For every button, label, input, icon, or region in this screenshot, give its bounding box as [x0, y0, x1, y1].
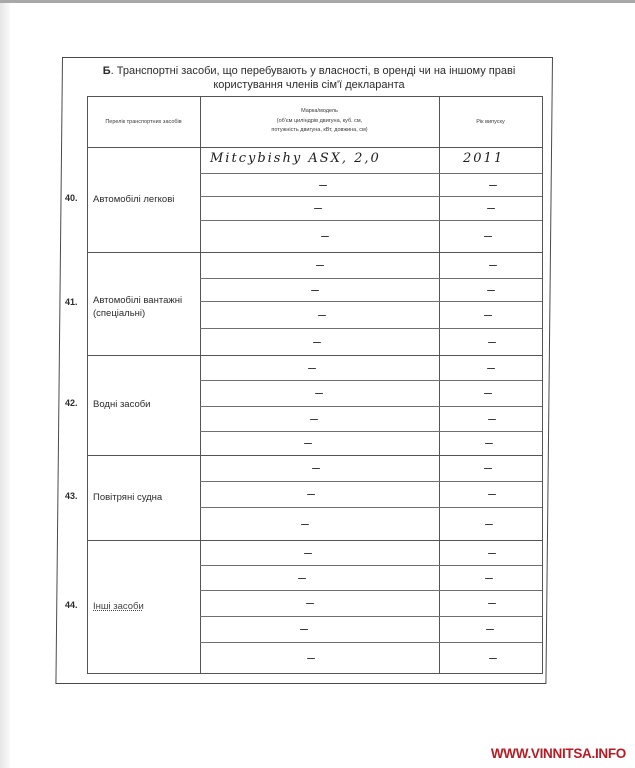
year-empty-dash — [488, 553, 496, 554]
header-make-model-detail-1: (об'єм циліндрів двигуна, куб. см, — [277, 117, 363, 127]
group-number: 44. — [65, 600, 78, 610]
header-vehicle-type: Перелік транспортних засобів — [87, 96, 200, 147]
table-rule — [200, 173, 542, 174]
header-year: Рік випуску — [439, 96, 542, 147]
model-empty-dash — [306, 603, 314, 604]
year-empty-dash — [484, 468, 492, 469]
model-empty-dash — [321, 236, 329, 237]
group-number: 40. — [65, 193, 78, 203]
header-make-model-title: Марка/модель — [301, 107, 338, 117]
table-column-rule — [439, 96, 440, 674]
year-empty-dash — [487, 368, 495, 369]
table-rule — [200, 642, 542, 643]
year-empty-dash — [489, 265, 497, 266]
scan-top-edge — [0, 0, 635, 3]
model-empty-dash — [307, 658, 315, 659]
model-empty-dash — [298, 578, 306, 579]
table-rule — [87, 147, 542, 148]
group-label: Повітряні судна — [93, 491, 198, 504]
year-empty-dash — [484, 393, 492, 394]
year-empty-dash — [488, 603, 496, 604]
group-number: 41. — [65, 297, 78, 307]
model-empty-dash — [318, 315, 326, 316]
model-empty-dash — [310, 419, 318, 420]
model-empty-dash — [311, 290, 319, 291]
group-number: 42. — [65, 398, 78, 408]
year-empty-dash — [489, 185, 497, 186]
table-rule — [200, 565, 542, 566]
year-empty-dash — [487, 290, 495, 291]
table-rule — [87, 252, 542, 253]
section-title-line2: користування членів сім'ї декларанта — [62, 78, 556, 92]
model-handwritten-entry: Mitcybishy ASX, 2,0 — [210, 151, 381, 166]
table-rule — [87, 673, 542, 674]
scan-left-shadow — [0, 0, 10, 768]
model-empty-dash — [307, 494, 315, 495]
table-rule — [200, 590, 542, 591]
group-label: Автомобілі легкові — [93, 193, 198, 206]
table-rule — [200, 406, 542, 407]
model-empty-dash — [304, 443, 312, 444]
year-empty-dash — [488, 494, 496, 495]
table-rule — [200, 481, 542, 482]
year-empty-dash — [485, 524, 493, 525]
section-letter: Б — [103, 65, 111, 77]
section-title-line1: Б. Транспортні засоби, що перебувають у … — [62, 64, 556, 78]
section-title-text: . Транспортні засоби, що перебувають у в… — [111, 65, 516, 77]
year-empty-dash — [487, 208, 495, 209]
group-label: Водні засоби — [93, 398, 198, 411]
table-rule — [200, 328, 542, 329]
table-rule — [87, 540, 542, 541]
table-rule — [87, 96, 542, 97]
table-column-rule — [542, 96, 543, 674]
group-label: Автомобілі вантажні (спеціальні) — [93, 294, 198, 320]
table-rule — [200, 196, 542, 197]
table-rule — [200, 431, 542, 432]
year-empty-dash — [486, 629, 494, 630]
model-empty-dash — [315, 393, 323, 394]
model-empty-dash — [313, 342, 321, 343]
header-make-model-detail-2: потужність двигуна, кВт, довжина, см) — [271, 126, 367, 136]
year-empty-dash — [485, 578, 493, 579]
table-rule — [200, 616, 542, 617]
table-rule — [200, 278, 542, 279]
table-rule — [87, 355, 542, 356]
year-empty-dash — [485, 443, 493, 444]
year-empty-dash — [489, 658, 497, 659]
year-empty-dash — [484, 236, 492, 237]
site-watermark: WWW.VINNITSA.INFO — [491, 746, 626, 761]
table-rule — [200, 507, 542, 508]
vehicles-table: Перелік транспортних засобів Марка/модел… — [87, 96, 542, 674]
model-empty-dash — [300, 629, 308, 630]
model-empty-dash — [319, 185, 327, 186]
model-empty-dash — [301, 524, 309, 525]
model-empty-dash — [304, 553, 312, 554]
year-empty-dash — [488, 419, 496, 420]
model-empty-dash — [316, 265, 324, 266]
model-empty-dash — [314, 208, 322, 209]
year-empty-dash — [484, 315, 492, 316]
year-empty-dash — [488, 342, 496, 343]
table-rule — [200, 220, 542, 221]
table-rule — [87, 455, 542, 456]
group-label: Інші засоби — [93, 600, 198, 613]
header-make-model: Марка/модель (об'єм циліндрів двигуна, к… — [200, 96, 439, 147]
year-handwritten-entry: 2011 — [463, 151, 504, 166]
table-column-rule — [200, 96, 201, 674]
table-rule — [200, 380, 542, 381]
table-rule — [200, 301, 542, 302]
section-title: Б. Транспортні засоби, що перебувають у … — [62, 64, 556, 92]
group-number: 43. — [65, 491, 78, 501]
model-empty-dash — [308, 368, 316, 369]
model-empty-dash — [312, 468, 320, 469]
table-column-rule — [87, 96, 88, 674]
